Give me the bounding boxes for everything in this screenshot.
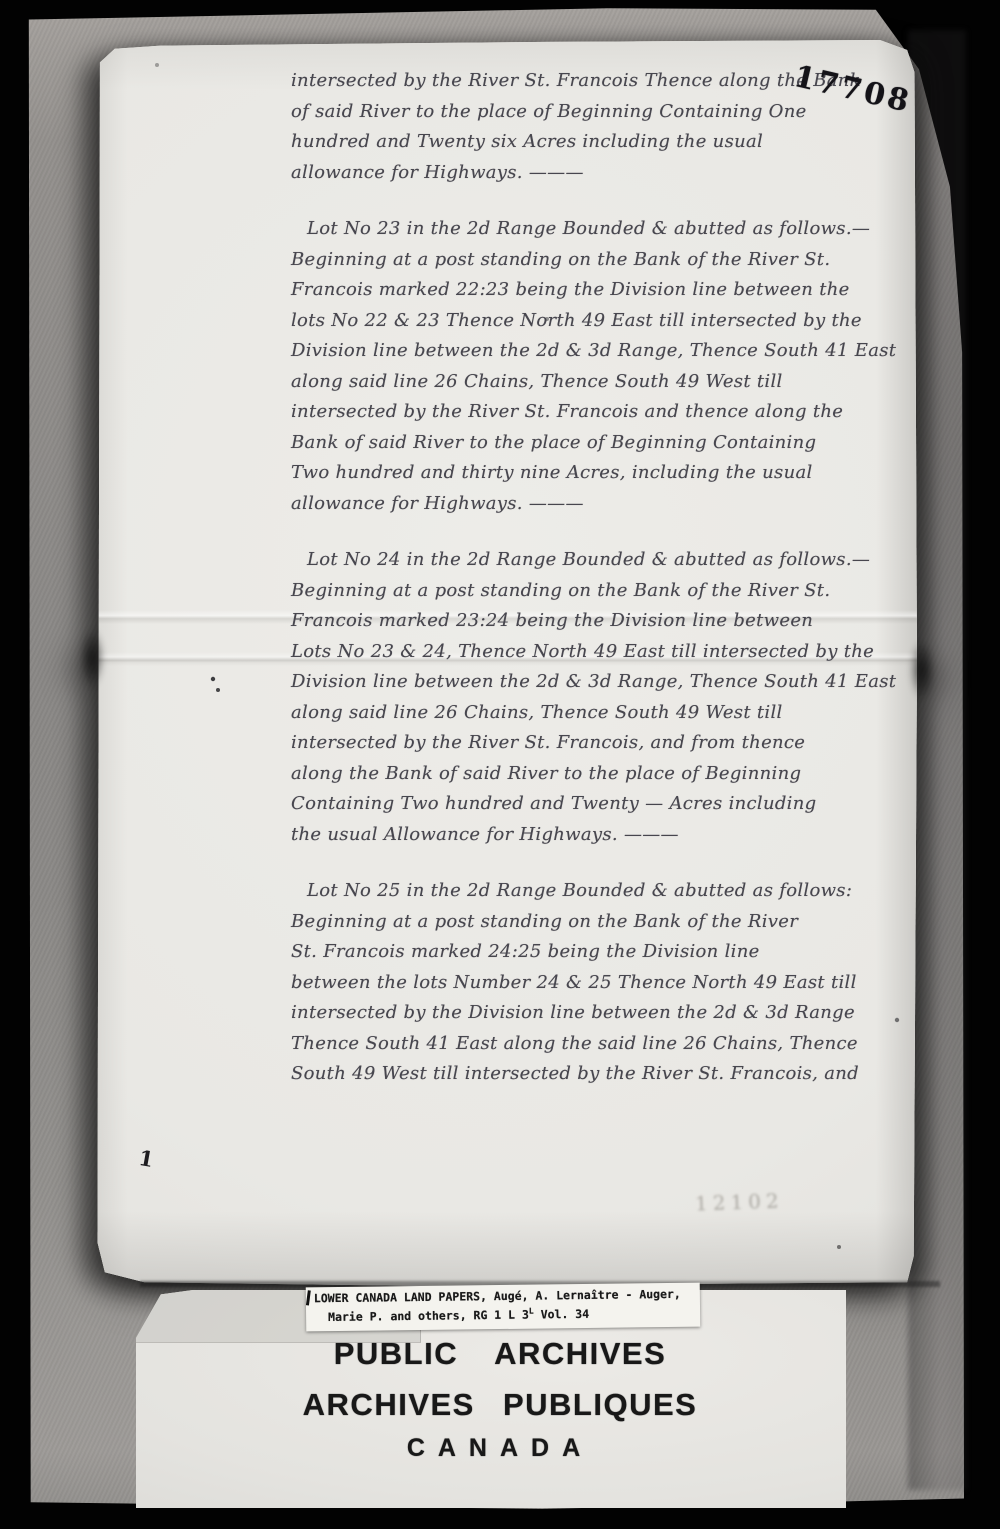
manuscript-line: lots No 22 & 23 Thence North 49 East til… xyxy=(291,306,916,337)
manuscript-paragraph: Lot No 25 in the 2d Range Bounded & abut… xyxy=(291,876,916,1090)
manuscript-line: Division line between the 2d & 3d Range,… xyxy=(291,667,916,698)
manuscript-sheet: intersected by the River St. Francois Th… xyxy=(95,40,917,1286)
label-line-2-text: Marie P. and others, RG 1 L 3 xyxy=(328,1308,529,1324)
manuscript-line: allowance for Highways. ——— xyxy=(291,158,916,189)
manuscript-line: Beginning at a post standing on the Bank… xyxy=(291,245,916,276)
manuscript-line: Beginning at a post standing on the Bank… xyxy=(291,907,916,938)
dust-specks xyxy=(0,0,2,2)
manuscript-line: Bank of said River to the place of Begin… xyxy=(291,428,916,459)
fold-shadow-left xyxy=(79,628,105,688)
typed-reference-label: LOWER CANADA LAND PAPERS, Augé, A. Lerna… xyxy=(306,1283,701,1332)
manuscript-line: along said line 26 Chains, Thence South … xyxy=(291,698,916,729)
public-archives-stamp: PUBLIC ARCHIVES ARCHIVES PUBLIQUES CANAD… xyxy=(150,1336,850,1463)
stamp-line-english: PUBLIC ARCHIVES xyxy=(150,1336,850,1372)
manuscript-line: Two hundred and thirty nine Acres, inclu… xyxy=(291,458,916,489)
manuscript-line: Francois marked 22:23 being the Division… xyxy=(291,275,916,306)
manuscript-line: intersected by the River St. Francois, a… xyxy=(291,728,916,759)
manuscript-line: Lots No 23 & 24, Thence North 49 East ti… xyxy=(291,637,916,668)
manuscript-line: the usual Allowance for Highways. ——— xyxy=(291,820,916,851)
manuscript-line: between the lots Number 24 & 25 Thence N… xyxy=(291,968,916,999)
stamp-line-french: ARCHIVES PUBLIQUES xyxy=(150,1387,850,1423)
manuscript-line: intersected by the Division line between… xyxy=(291,998,916,1029)
manuscript-line: hundred and Twenty six Acres including t… xyxy=(291,127,916,158)
manuscript-paragraph: Lot No 24 in the 2d Range Bounded & abut… xyxy=(291,545,916,850)
manuscript-line: St. Francois marked 24:25 being the Divi… xyxy=(291,937,916,968)
manuscript-line: intersected by the River St. Francois an… xyxy=(291,397,916,428)
stamp-line-canada: CANADA xyxy=(150,1434,850,1463)
manuscript-line: Lot No 23 in the 2d Range Bounded & abut… xyxy=(291,214,916,245)
ghost-number-bleedthrough: 12102 xyxy=(695,1188,784,1215)
manuscript-paragraph: Lot No 23 in the 2d Range Bounded & abut… xyxy=(291,214,916,519)
manuscript-line: Thence South 41 East along the said line… xyxy=(291,1029,916,1060)
label-line-2: Marie P. and others, RG 1 L 3L Vol. 34 xyxy=(314,1302,700,1326)
manuscript-line: Francois marked 23:24 being the Division… xyxy=(291,606,916,637)
manuscript-line: along the Bank of said River to the plac… xyxy=(291,759,916,790)
manuscript-line: Lot No 25 in the 2d Range Bounded & abut… xyxy=(291,876,916,907)
fold-shadow-right xyxy=(909,640,935,700)
manuscript-line: of said River to the place of Beginning … xyxy=(291,97,916,128)
manuscript-line: Beginning at a post standing on the Bank… xyxy=(291,576,916,607)
manuscript-line: Lot No 24 in the 2d Range Bounded & abut… xyxy=(291,545,916,576)
scanned-archive-page: { "colors": { "frame_black": "#020202", … xyxy=(0,0,1000,1529)
manuscript-line: Containing Two hundred and Twenty — Acre… xyxy=(291,789,916,820)
manuscript-sheet-wrapper: intersected by the River St. Francois Th… xyxy=(95,40,917,1286)
label-line-2-volume: Vol. 34 xyxy=(534,1307,590,1322)
manuscript-text: intersected by the River St. Francois Th… xyxy=(291,66,916,1116)
manuscript-line: allowance for Highways. ——— xyxy=(291,489,916,520)
manuscript-line: South 49 West till intersected by the Ri… xyxy=(291,1059,916,1090)
manuscript-line: along said line 26 Chains, Thence South … xyxy=(291,367,916,398)
manuscript-line: Division line between the 2d & 3d Range,… xyxy=(291,336,916,367)
